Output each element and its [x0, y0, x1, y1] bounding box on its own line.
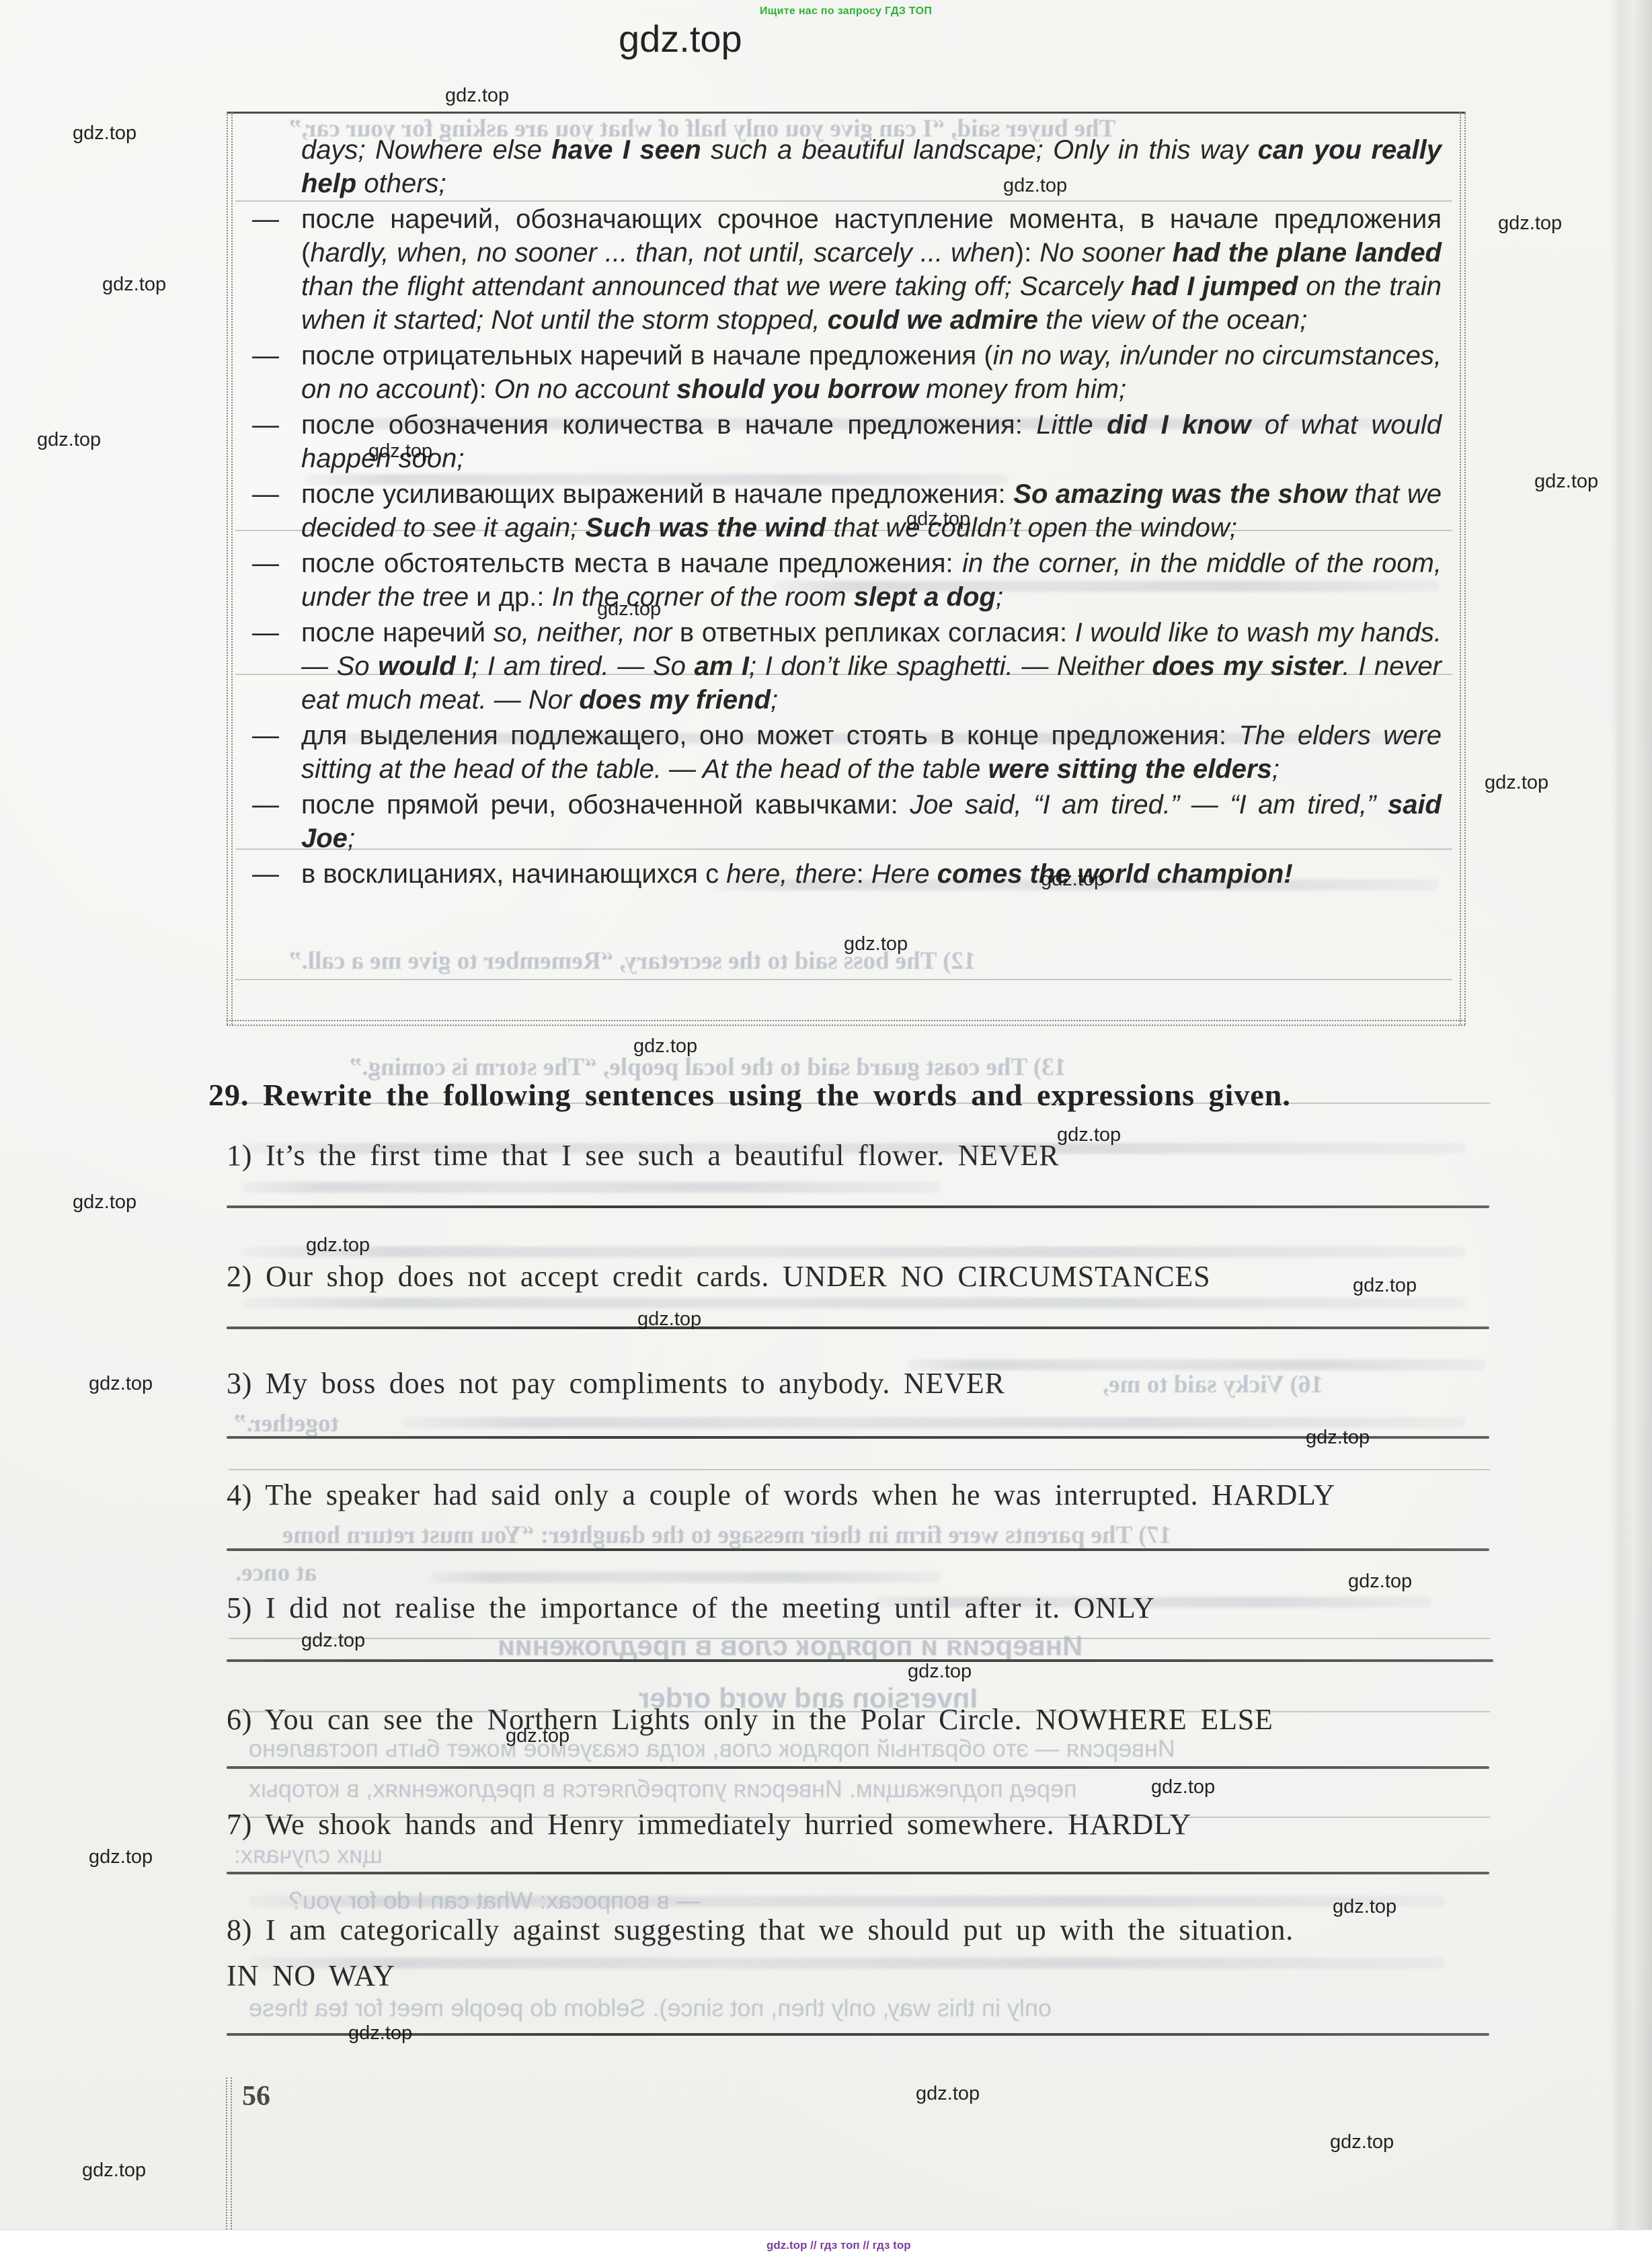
watermark: gdz.top — [37, 429, 101, 451]
watermark: gdz.top — [1348, 1571, 1412, 1593]
watermark: gdz.top — [1306, 1427, 1370, 1449]
rule-item-dash: — — [252, 547, 279, 580]
watermark: gdz.top — [82, 2159, 146, 2182]
answer-line — [227, 1436, 1489, 1439]
ghost-rule — [229, 1469, 1490, 1470]
ghost-line: only in this way, only then, not since).… — [249, 1994, 1052, 2022]
rule-item-text: после наречий so, neither, nor в ответны… — [301, 618, 1442, 715]
watermark: gdz.top — [619, 17, 742, 61]
scanned-workbook-page: Ищите нас по запросу ГДЗ ТОП gdz.top gdz… — [0, 0, 1652, 2261]
answer-line — [227, 2033, 1489, 2036]
ghost-line: together.” — [234, 1409, 339, 1438]
watermark: gdz.top — [1057, 1124, 1121, 1146]
answer-line — [227, 1205, 1489, 1208]
watermark: gdz.top — [844, 933, 908, 955]
ghost-stripe — [242, 1246, 1466, 1257]
scan-edge-shadow — [1610, 0, 1652, 2231]
watermark: gdz.top — [637, 1308, 701, 1331]
watermark: gdz.top — [1485, 772, 1548, 794]
rules-box: days; Nowhere else have I seen such a be… — [227, 113, 1466, 1022]
rule-item-text: после обстоятельств места в начале предл… — [301, 549, 1442, 612]
rule-item: —после наречий, обозначающих срочное нас… — [301, 202, 1442, 337]
watermark: gdz.top — [906, 508, 970, 530]
watermark: gdz.top — [1333, 1896, 1397, 1918]
rule-item-dash: — — [252, 477, 279, 511]
ghost-stripe — [242, 1182, 941, 1193]
watermark: gdz.top — [908, 1661, 972, 1683]
exercise-sentence-3: 3) My boss does not pay compliments to a… — [227, 1366, 1005, 1400]
watermark: gdz.top — [73, 1191, 136, 1214]
rule-item: —после усиливающих выражений в начале пр… — [301, 477, 1442, 545]
watermark: gdz.top — [348, 2022, 412, 2045]
watermark: gdz.top — [73, 122, 136, 145]
ghost-line: перед подлежащим. Инверсия употребляется… — [249, 1775, 1077, 1803]
watermark: gdz.top — [597, 598, 661, 621]
rule-item: —после обозначения количества в начале п… — [301, 408, 1442, 475]
watermark: gdz.top — [1151, 1776, 1215, 1798]
ghost-rule — [229, 1638, 1490, 1639]
rule-item-text: в восклицаниях, начинающихся с here, the… — [301, 859, 1293, 889]
rule-item: —после прямой речи, обозначенной кавычка… — [301, 788, 1442, 855]
rule-item-dash: — — [252, 857, 279, 891]
rule-item: —в восклицаниях, начинающихся с here, th… — [301, 857, 1442, 891]
ghost-line: щих случаях: — [234, 1841, 383, 1869]
rule-item: —для выделения подлежащего, оно может ст… — [301, 719, 1442, 786]
rule-item-dash: — — [252, 408, 279, 442]
watermark: gdz.top — [306, 1234, 370, 1257]
rule-item-dash: — — [252, 719, 279, 752]
rule-item-text: после отрицательных наречий в начале пре… — [301, 341, 1442, 404]
rule-item-dash: — — [252, 788, 279, 822]
exercise-sentence-4: 4) The speaker had said only a couple of… — [227, 1478, 1335, 1512]
rule-item: —после обстоятельств места в начале пред… — [301, 547, 1442, 614]
watermark: gdz.top — [916, 2083, 980, 2105]
rule-item-text: после обозначения количества в начале пр… — [301, 410, 1442, 473]
answer-line — [227, 1872, 1489, 1874]
exercise-sentence-5: 5) I did not realise the importance of t… — [227, 1591, 1155, 1625]
exercise-sentence-8: 8) I am categorically against suggesting… — [227, 1913, 1294, 1947]
exercise-heading: 29. Rewrite the following sentences usin… — [208, 1077, 1291, 1113]
watermark: gdz.top — [1353, 1275, 1417, 1297]
watermark: gdz.top — [102, 274, 166, 296]
answer-line — [227, 1659, 1493, 1662]
page-number-rule — [226, 2077, 232, 2232]
rule-item-dash: — — [252, 339, 279, 372]
watermark: gdz.top — [1330, 2131, 1394, 2153]
watermark: gdz.top — [1498, 212, 1562, 235]
watermark: gdz.top — [89, 1373, 153, 1395]
rule-item-text: для выделения подлежащего, оно может сто… — [301, 721, 1442, 784]
watermark: gdz.top — [1003, 175, 1067, 197]
ghost-stripe — [430, 1572, 941, 1583]
rule-item-text: после прямой речи, обозначенной кавычкам… — [301, 790, 1442, 853]
ghost-line: 17) The parents were firm in their messa… — [282, 1521, 1171, 1550]
rule-item-dash: — — [252, 616, 279, 649]
rule-item-text: после наречий, обозначающих срочное наст… — [301, 204, 1442, 335]
rule-item: —после отрицательных наречий в начале пр… — [301, 339, 1442, 406]
rule-item-text: после усиливающих выражений в начале пре… — [301, 479, 1442, 543]
rule-item-text: days; Nowhere else have I seen such a be… — [301, 135, 1442, 198]
answer-line — [227, 1326, 1489, 1329]
exercise-sentence-2: 2) Our shop does not accept credit cards… — [227, 1259, 1210, 1294]
exercise-sentence-1: 1) It’s the first time that I see such a… — [227, 1138, 1059, 1173]
rule-item: —после наречий so, neither, nor в ответн… — [301, 616, 1442, 717]
watermark: gdz.top — [633, 1035, 697, 1058]
watermark: gdz.top — [506, 1725, 569, 1747]
footer-watermark: gdz.top // гдз топ // гдз top — [766, 2239, 911, 2252]
ghost-line: 16) Vicky said to me, — [1103, 1370, 1323, 1399]
ghost-line: Инверсия — это обратный порядок слов, ко… — [249, 1735, 1175, 1763]
watermark: gdz.top — [1534, 471, 1598, 493]
exercise-sentence-8-line2: IN NO WAY — [227, 1958, 395, 1993]
watermark: gdz.top — [1041, 869, 1105, 891]
watermark: gdz.top — [445, 85, 509, 107]
ghost-stripe — [242, 1298, 1466, 1308]
rule-item-dash: — — [252, 202, 279, 236]
watermark: gdz.top — [301, 1630, 365, 1652]
ghost-line: at once. — [235, 1558, 317, 1587]
watermark: gdz.top — [89, 1846, 153, 1868]
page-number: 56 — [242, 2080, 270, 2112]
exercise-sentence-6: 6) You can see the Northern Lights only … — [227, 1702, 1273, 1737]
rule-item: days; Nowhere else have I seen such a be… — [301, 133, 1442, 200]
answer-line — [227, 1766, 1489, 1769]
promo-header: Ищите нас по запросу ГДЗ ТОП — [760, 5, 932, 17]
exercise-sentence-7: 7) We shook hands and Henry immediately … — [227, 1807, 1191, 1841]
answer-line — [227, 1548, 1489, 1551]
ghost-stripe — [249, 1958, 1446, 1969]
watermark: gdz.top — [368, 440, 432, 463]
ghost-line: Инверсия и порядок слов в предложении — [498, 1630, 1083, 1662]
ghost-stripe — [249, 1896, 1446, 1907]
